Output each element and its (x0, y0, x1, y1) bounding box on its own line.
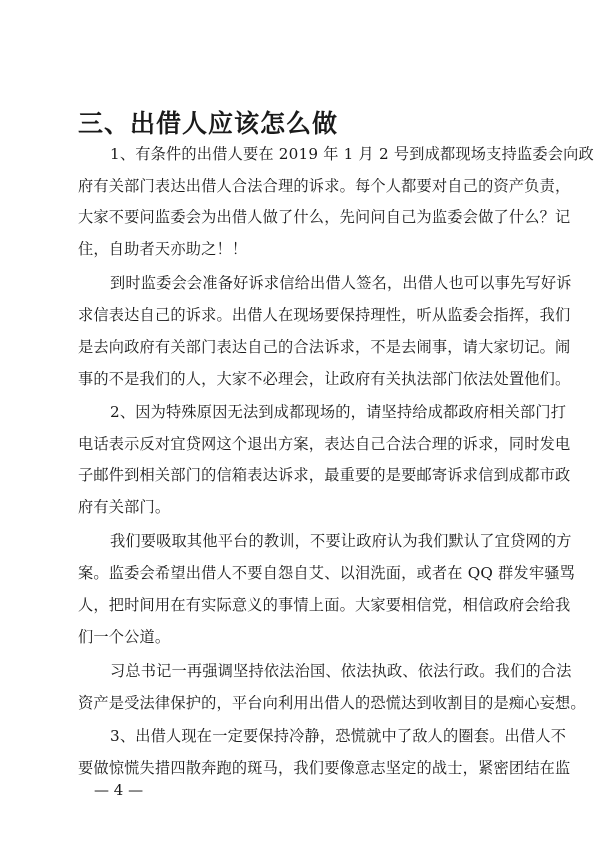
text-line: 到时监委会会准备好诉求信给出借人签名，出借人也可以事先写好诉 (110, 272, 572, 293)
text-line: 习总书记一再强调坚持依法治国、依法执政、依法行政。我们的合法 (110, 660, 572, 681)
text-line: 府有关部门。 (78, 496, 170, 517)
text-line: 事的不是我们的人，大家不必理会，让政府有关执法部门依法处置他们。 (78, 368, 570, 389)
text-line: 资产是受法律保护的，平台向利用出借人的恐慌达到收割目的是痴心妄想。 (78, 692, 586, 713)
text-line: 是去向政府有关部门表达自己的合法诉求，不是去闹事，请大家切记。闹 (78, 336, 570, 357)
text-line: 住，自助者天亦助之！！ (78, 238, 247, 259)
text-line: 要做惊慌失措四散奔跑的斑马，我们要像意志坚定的战士，紧密团结在监 (78, 757, 570, 778)
text-line: 们一个公道。 (78, 626, 170, 647)
text-line: 1、有条件的出借人要在 2019 年 1 月 2 号到成都现场支持监委会向政 (110, 143, 594, 164)
text-line: 大家不要问监委会为出借人做了什么，先问问自己为监委会做了什么？记 (78, 206, 570, 227)
text-line: 人，把时间用在有实际意义的事情上面。大家要相信党，相信政府会给我 (78, 594, 570, 615)
document-page: 三、出借人应该怎么做 1、有条件的出借人要在 2019 年 1 月 2 号到成都… (0, 0, 600, 847)
text-line: 子邮件到相关部门的信箱表达诉求，最重要的是要邮寄诉求信到成都市政 (78, 464, 570, 485)
text-line: 3、出借人现在一定要保持冷静，恐慌就中了敌人的圈套。出借人不 (110, 725, 566, 746)
text-line: 2、因为特殊原因无法到成都现场的，请坚持给成都政府相关部门打 (110, 401, 566, 422)
section-heading: 三、出借人应该怎么做 (78, 104, 338, 140)
text-line: 我们要吸取其他平台的教训，不要让政府认为我们默认了宜贷网的方 (110, 530, 572, 551)
text-line: 求信表达自己的诉求。出借人在现场要保持理性，听从监委会指挥，我们 (78, 304, 570, 325)
text-line: 案。监委会希望出借人不要自怨自艾、以泪洗面，或者在 QQ 群发牢骚骂 (78, 562, 575, 583)
text-line: 电话表示反对宜贷网这个退出方案，表达自己合法合理的诉求，同时发电 (78, 433, 570, 454)
page-number: — 4 — (94, 781, 143, 799)
text-line: 府有关部门表达出借人合法合理的诉求。每个人都要对自己的资产负责， (78, 175, 570, 196)
